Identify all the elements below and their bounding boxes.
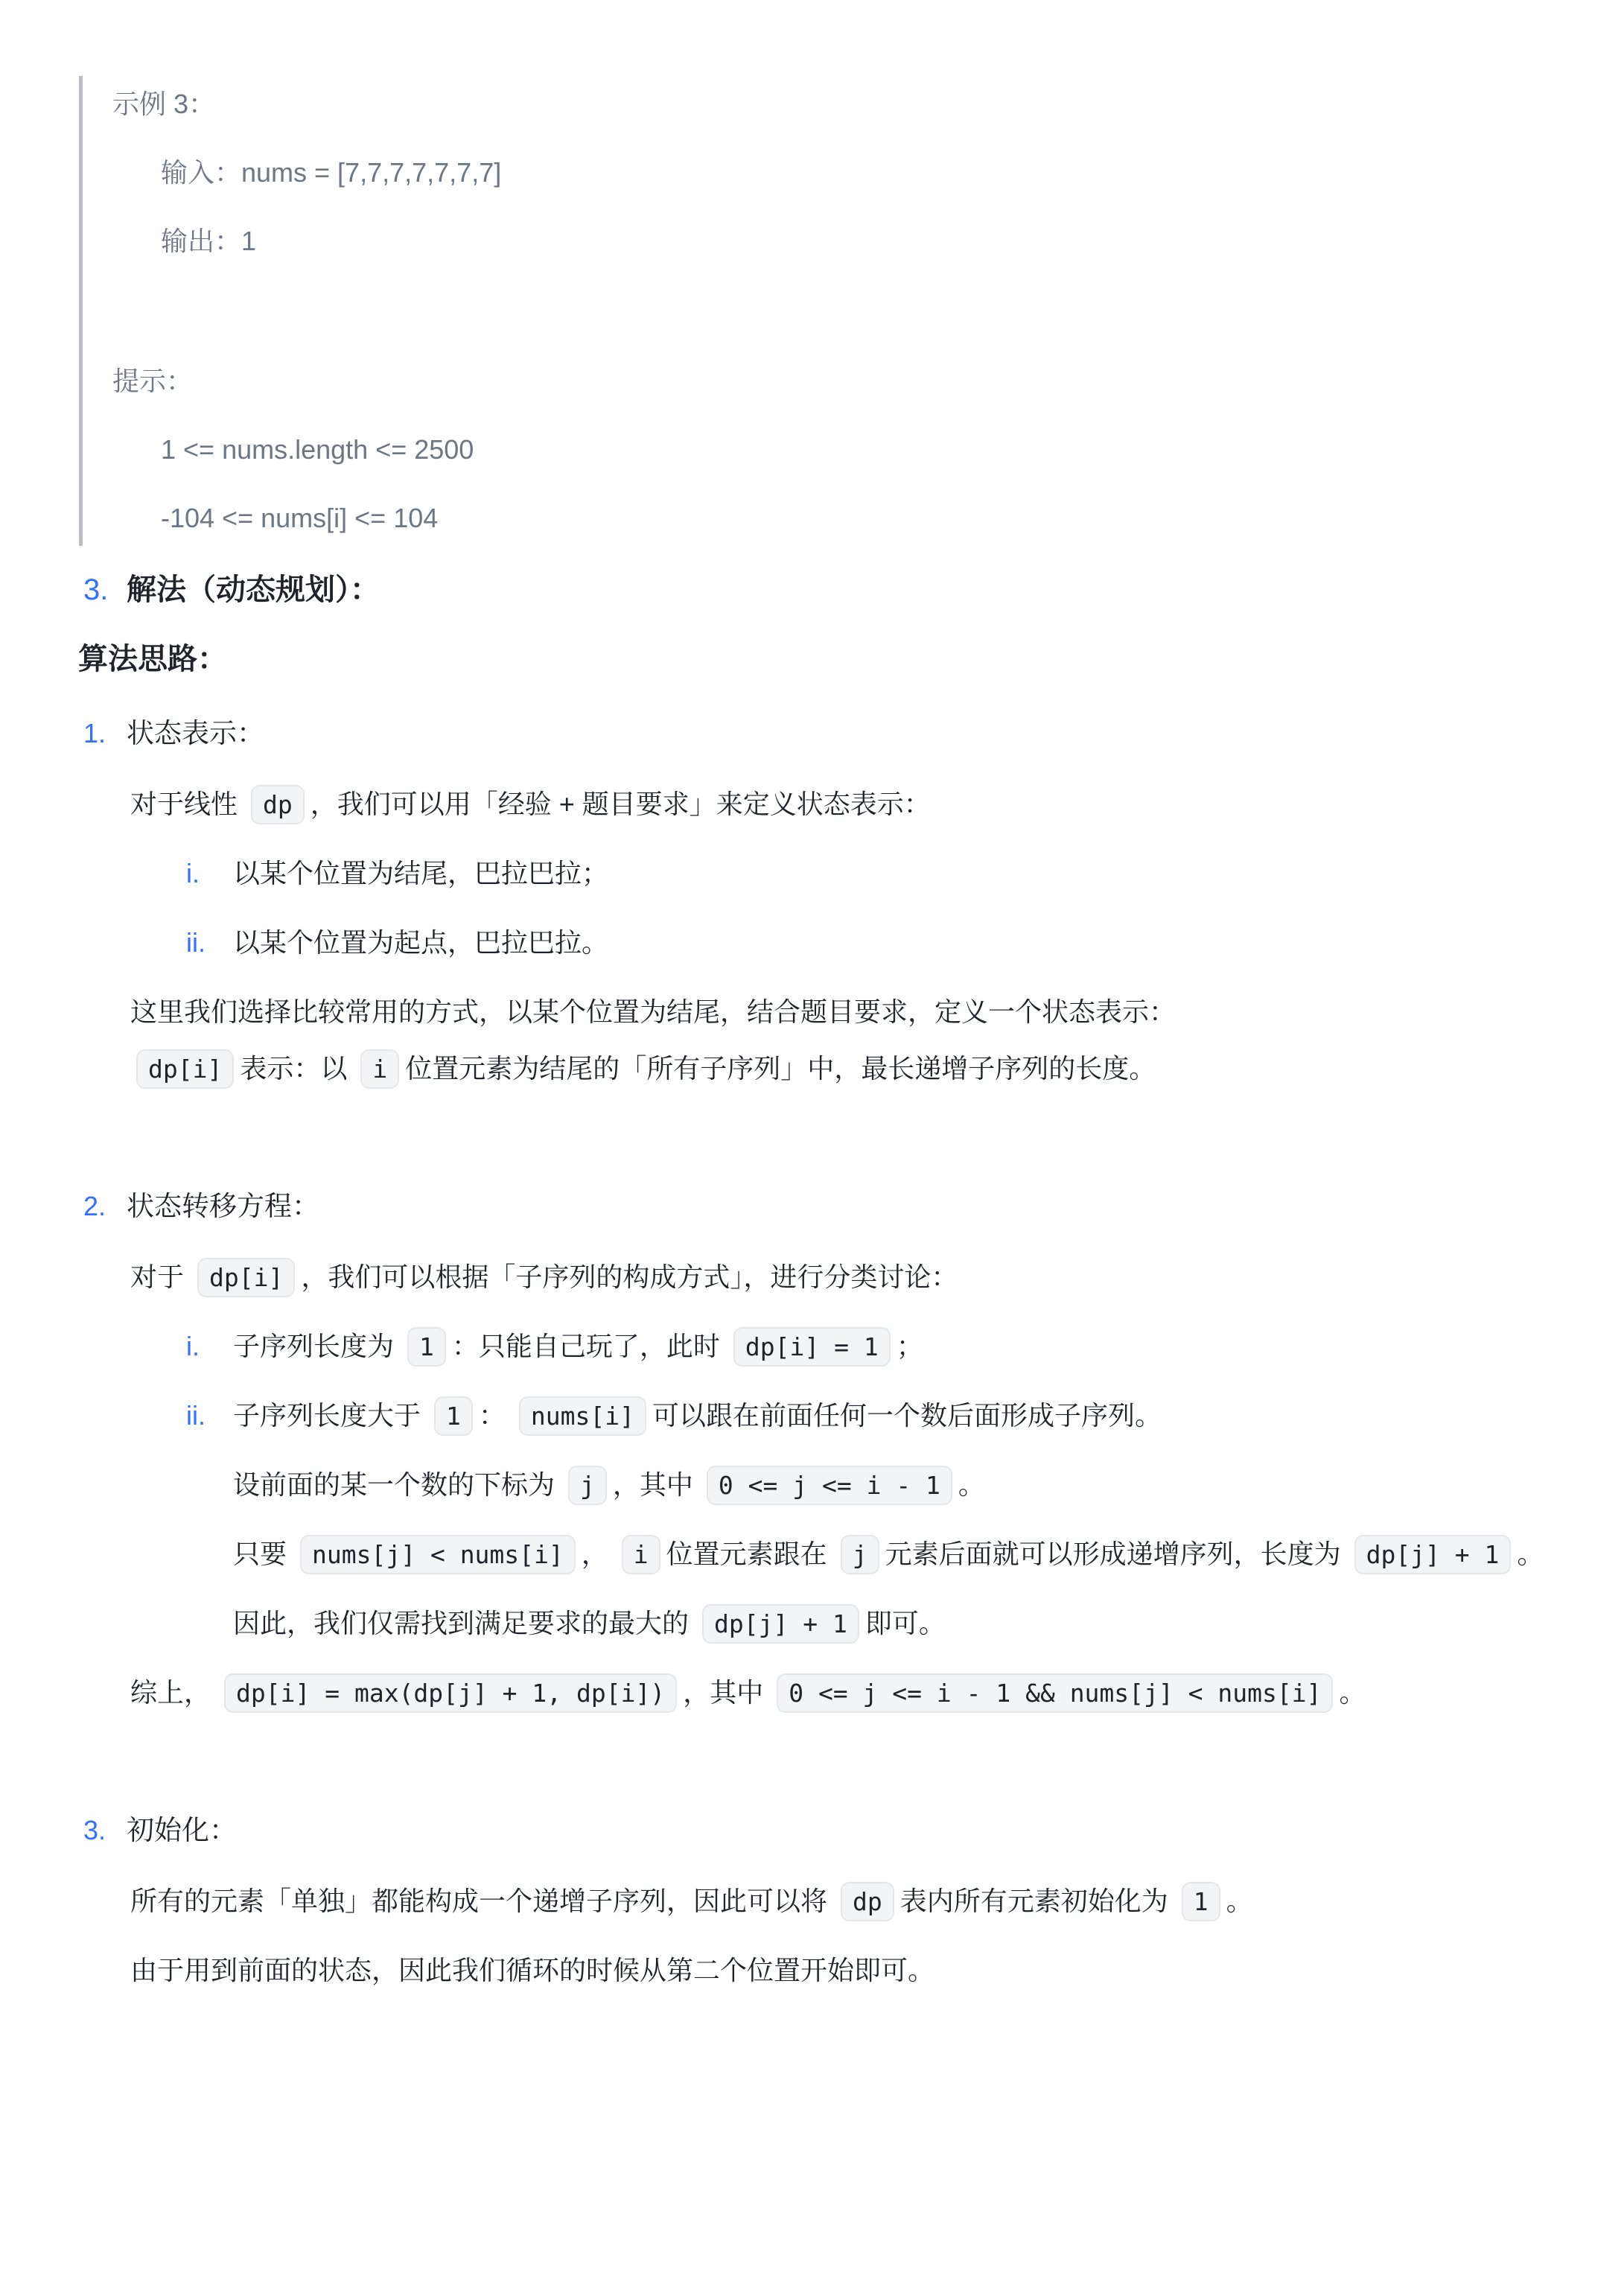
text-run: 对于 — [130, 1262, 191, 1292]
text-run: 只要 — [233, 1539, 294, 1569]
text-run: ， — [582, 1539, 616, 1569]
text-run: ，我们可以用「经验 + 题目要求」来定义状态表示： — [311, 789, 931, 819]
step-2-body: 对于 dp[i]，我们可以根据「子序列的构成方式」，进行分类讨论： i. 子序列… — [130, 1250, 1545, 1720]
text-run: 子序列长度为 — [233, 1331, 401, 1361]
paragraph: 只要 nums[j] < nums[i]， i位置元素跟在 j元素后面就可以形成… — [233, 1527, 1545, 1582]
example-blockquote: 示例 3： 输入：nums = [7,7,7,7,7,7,7] 输出：1 提示：… — [79, 76, 1545, 546]
inline-code: 1 — [434, 1396, 473, 1436]
solution-heading: 3.解法（动态规划）： — [78, 573, 1545, 606]
text-run: ：只能自己玩了，此时 — [452, 1331, 727, 1361]
constraint-length: 1 <= nums.length <= 2500 — [161, 432, 1545, 467]
step-3-heading: 3.初始化： — [78, 1814, 1545, 1847]
inline-code: dp[j] + 1 — [702, 1604, 859, 1644]
text-run: 。 — [1517, 1539, 1544, 1569]
paragraph: dp[i]表示：以 i位置元素为结尾的「所有子序列」中，最长递增子序列的长度。 — [130, 1041, 1545, 1096]
text-run: ，其中 — [683, 1677, 771, 1708]
inline-code: dp[i] — [197, 1258, 295, 1297]
text-run: ，我们可以根据「子序列的构成方式」，进行分类讨论： — [301, 1262, 958, 1292]
text-run: 所有的元素「单独」都能构成一个递增子序列，因此可以将 — [130, 1886, 835, 1916]
text-run: 以某个位置为起点，巴拉巴拉。 — [233, 927, 608, 958]
inline-code: dp — [841, 1882, 894, 1921]
step-3-body: 所有的元素「单独」都能构成一个递增子序列，因此可以将 dp表内所有元素初始化为 … — [130, 1874, 1545, 1998]
step-2-heading: 2.状态转移方程： — [78, 1190, 1545, 1223]
solution-number: 3. — [83, 573, 127, 606]
step-1-number: 1. — [83, 717, 127, 750]
text-run: 可以跟在前面任何一个数后面形成子序列。 — [652, 1400, 1162, 1431]
text-run: 对于线性 — [130, 789, 245, 819]
step-3-number: 3. — [83, 1814, 127, 1847]
text-run: 。 — [958, 1469, 985, 1500]
step-1-body: 对于线性 dp，我们可以用「经验 + 题目要求」来定义状态表示： i. 以某个位… — [130, 777, 1545, 1096]
text-run: 表内所有元素初始化为 — [900, 1886, 1176, 1916]
document-content: 示例 3： 输入：nums = [7,7,7,7,7,7,7] 输出：1 提示：… — [0, 0, 1624, 1998]
text-run: 位置元素跟在 — [666, 1539, 835, 1569]
text-run: 即可。 — [865, 1608, 946, 1638]
inline-code: dp[j] + 1 — [1354, 1535, 1512, 1574]
text-run: 综上， — [130, 1677, 218, 1708]
roman-item: ii. 以某个位置为起点，巴拉巴拉。 — [130, 915, 1545, 970]
inline-code: 1 — [1182, 1882, 1220, 1921]
step-1-title: 状态表示： — [127, 718, 264, 748]
inline-code: dp[i] — [136, 1049, 234, 1089]
text-run: 因此，我们仅需找到满足要求的最大的 — [233, 1608, 696, 1638]
algorithm-idea-heading: 算法思路： — [78, 643, 1545, 675]
paragraph: 设前面的某一个数的下标为 j，其中 0 <= j <= i - 1。 — [233, 1457, 1545, 1513]
text-run: ，其中 — [613, 1469, 701, 1500]
text-run: 设前面的某一个数的下标为 — [233, 1469, 562, 1500]
inline-code: 0 <= j <= i - 1 && nums[j] < nums[i] — [777, 1673, 1333, 1713]
text-run: 由于用到前面的状态，因此我们循环的时候从第二个位置开始即可。 — [130, 1955, 934, 1985]
example-input: 输入：nums = [7,7,7,7,7,7,7] — [161, 155, 1545, 190]
paragraph: 对于 dp[i]，我们可以根据「子序列的构成方式」，进行分类讨论： — [130, 1250, 1545, 1305]
example-title: 示例 3： — [112, 86, 1545, 121]
inline-code: 1 — [407, 1327, 446, 1367]
roman-marker: ii. — [186, 1388, 233, 1443]
paragraph: 对于线性 dp，我们可以用「经验 + 题目要求」来定义状态表示： — [130, 777, 1545, 832]
text-run: 以某个位置为结尾，巴拉巴拉； — [233, 858, 608, 888]
inline-code: j — [568, 1466, 607, 1505]
inline-code: j — [841, 1535, 879, 1574]
paragraph: 由于用到前面的状态，因此我们循环的时候从第二个位置开始即可。 — [130, 1943, 1545, 1998]
hint-title: 提示： — [112, 363, 1545, 398]
blockquote-spacer — [112, 292, 1545, 363]
roman-sub-paragraphs: 设前面的某一个数的下标为 j，其中 0 <= j <= i - 1。 只要 nu… — [233, 1457, 1545, 1651]
inline-code: dp[i] = 1 — [733, 1327, 891, 1367]
text-run: 这里我们选择比较常用的方式，以某个位置为结尾，结合题目要求，定义一个状态表示： — [130, 996, 1176, 1027]
roman-marker: ii. — [186, 915, 233, 970]
step-2-number: 2. — [83, 1190, 127, 1223]
step-1-heading: 1.状态表示： — [78, 717, 1545, 750]
paragraph: 这里我们选择比较常用的方式，以某个位置为结尾，结合题目要求，定义一个状态表示： — [130, 985, 1545, 1040]
paragraph: 因此，我们仅需找到满足要求的最大的 dp[j] + 1即可。 — [233, 1596, 1545, 1651]
roman-item: i. 以某个位置为结尾，巴拉巴拉； — [130, 846, 1545, 901]
example-output: 输出：1 — [161, 223, 1545, 258]
roman-text: 以某个位置为结尾，巴拉巴拉； — [233, 846, 1545, 901]
text-run: ； — [897, 1331, 923, 1361]
inline-code: i — [360, 1049, 399, 1089]
inline-code: nums[i] — [519, 1396, 646, 1436]
roman-marker: i. — [186, 846, 233, 901]
roman-text: 子序列长度大于 1： nums[i]可以跟在前面任何一个数后面形成子序列。 — [233, 1388, 1545, 1443]
roman-item: i. 子序列长度为 1：只能自己玩了，此时 dp[i] = 1； — [130, 1319, 1545, 1374]
roman-marker: i. — [186, 1319, 233, 1374]
text-run: 。 — [1339, 1677, 1366, 1708]
inline-code: 0 <= j <= i - 1 — [707, 1466, 952, 1505]
text-run: 元素后面就可以形成递增序列，长度为 — [885, 1539, 1348, 1569]
text-run: 子序列长度大于 — [233, 1400, 428, 1431]
text-run: 表示：以 — [240, 1053, 354, 1084]
paragraph: 综上， dp[i] = max(dp[j] + 1, dp[i])，其中 0 <… — [130, 1665, 1545, 1720]
roman-text: 以某个位置为起点，巴拉巴拉。 — [233, 915, 1545, 970]
step-2-title: 状态转移方程： — [127, 1191, 319, 1221]
text-run: ： — [479, 1400, 513, 1431]
step-3-title: 初始化： — [127, 1815, 237, 1845]
roman-text: 子序列长度为 1：只能自己玩了，此时 dp[i] = 1； — [233, 1319, 1545, 1374]
paragraph: 所有的元素「单独」都能构成一个递增子序列，因此可以将 dp表内所有元素初始化为 … — [130, 1874, 1545, 1929]
text-run: 。 — [1226, 1886, 1253, 1916]
inline-code: i — [622, 1535, 660, 1574]
inline-code: dp — [251, 785, 305, 824]
inline-code: nums[j] < nums[i] — [300, 1535, 576, 1574]
inline-code: dp[i] = max(dp[j] + 1, dp[i]) — [224, 1673, 677, 1713]
solution-title: 解法（动态规划）： — [127, 573, 380, 606]
constraint-value: -104 <= nums[i] <= 104 — [161, 500, 1545, 535]
roman-item: ii. 子序列长度大于 1： nums[i]可以跟在前面任何一个数后面形成子序列… — [130, 1388, 1545, 1443]
text-run: 位置元素为结尾的「所有子序列」中，最长递增子序列的长度。 — [405, 1053, 1156, 1084]
